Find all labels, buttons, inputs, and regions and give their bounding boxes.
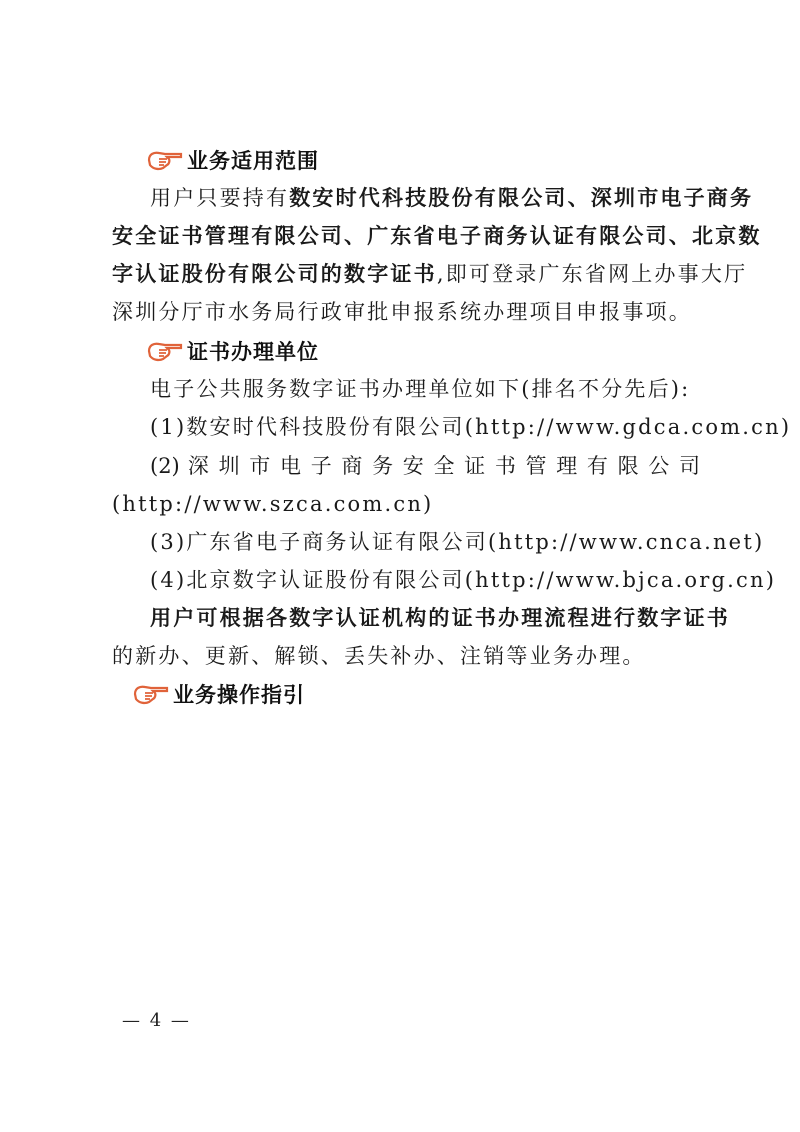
section-heading-scope: 业务适用范围: [147, 144, 319, 176]
bold-text: 数安时代科技股份有限公司、深圳市电子商务: [289, 185, 753, 210]
section-title: 业务适用范围: [187, 145, 319, 175]
text: ,即可登录广东省网上办事大厅: [437, 262, 747, 286]
pointing-hand-icon: [147, 149, 185, 171]
pointing-hand-icon: [133, 683, 171, 705]
section-heading-guide: 业务操作指引: [133, 678, 305, 710]
page-number: — 4 —: [122, 1010, 191, 1031]
unit-item: (3)广东省电子商务认证有限公司(http://www.cnca.net): [150, 526, 700, 558]
paragraph-line: 深圳分厅市水务局行政审批申报系统办理项目申报事项。: [112, 296, 700, 328]
section-heading-units: 证书办理单位: [147, 335, 319, 367]
paragraph-line: 安全证书管理有限公司、广东省电子商务认证有限公司、北京数: [112, 220, 700, 252]
section-title: 业务操作指引: [173, 679, 305, 709]
paragraph-line: 用户只要持有数安时代科技股份有限公司、深圳市电子商务: [150, 182, 700, 214]
unit-item: (1)数安时代科技股份有限公司(http://www.gdca.com.cn): [150, 411, 700, 443]
unit-item: (4)北京数字认证股份有限公司(http://www.bjca.org.cn): [150, 564, 700, 596]
paragraph-line: 用户可根据各数字认证机构的证书办理流程进行数字证书: [150, 602, 700, 634]
section-title: 证书办理单位: [187, 336, 319, 366]
text: 用户只要持有: [150, 186, 289, 210]
document-page: 业务适用范围 用户只要持有数安时代科技股份有限公司、深圳市电子商务 安全证书管理…: [0, 0, 800, 1132]
paragraph-line: 字认证股份有限公司的数字证书,即可登录广东省网上办事大厅: [112, 258, 700, 290]
unit-item-url: (http://www.szca.com.cn): [112, 488, 700, 520]
units-intro: 电子公共服务数字证书办理单位如下(排名不分先后):: [150, 373, 700, 405]
bold-text: 字认证股份有限公司的数字证书: [112, 261, 437, 286]
pointing-hand-icon: [147, 340, 185, 362]
paragraph-line: 的新办、更新、解锁、丢失补办、注销等业务办理。: [112, 640, 700, 672]
unit-item: (2) 深 圳 市 电 子 商 务 安 全 证 书 管 理 有 限 公 司: [150, 450, 700, 482]
